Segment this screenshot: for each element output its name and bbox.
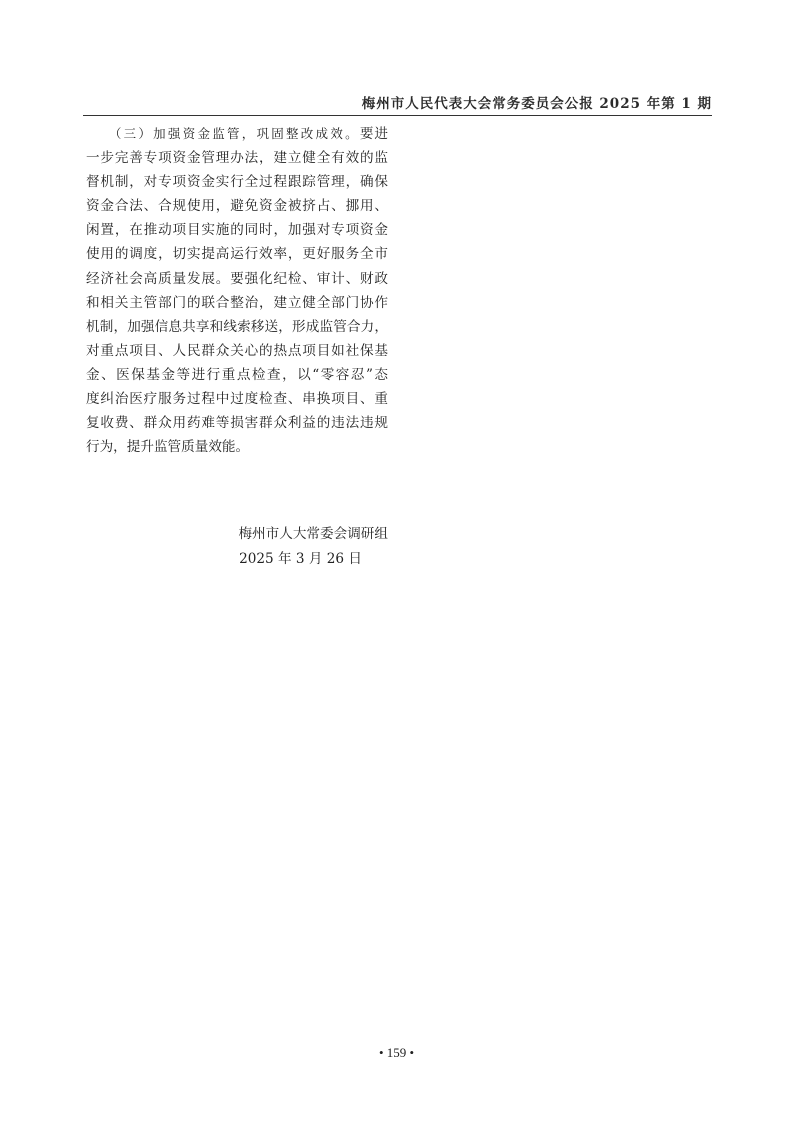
page-number: • 159 • [0, 1045, 793, 1061]
text-line: 度纠治医疗服务过程中过度检查、串换项目、重 [86, 387, 388, 411]
journal-title: 梅州市人民代表大会常务委员会公报 2025 年第 1 期 [362, 96, 712, 112]
body-text: （三）加强资金监管，巩固整改成效。要进 一步完善专项资金管理办法，建立健全有效的… [86, 122, 388, 459]
paragraph: （三）加强资金监管，巩固整改成效。要进 一步完善专项资金管理办法，建立健全有效的… [86, 122, 388, 459]
running-header: 梅州市人民代表大会常务委员会公报 2025 年第 1 期 [83, 92, 712, 114]
signature-organization: 梅州市人大常委会调研组 [86, 522, 388, 547]
header-rule [83, 115, 712, 116]
text-line: 经济社会高质量发展。要强化纪检、审计、财政 [86, 267, 388, 291]
text-line: 对重点项目、人民群众关心的热点项目如社保基 [86, 339, 388, 363]
text-line: 一步完善专项资金管理办法，建立健全有效的监 [86, 146, 388, 170]
text-line: 金、医保基金等进行重点检查，以“零容忍”态 [86, 363, 388, 387]
signature-block: 梅州市人大常委会调研组 2025 年 3 月 26 日 [86, 522, 388, 572]
text-line: （三）加强资金监管，巩固整改成效。要进 [86, 122, 388, 146]
text-line: 闲置，在推动项目实施的同时，加强对专项资金 [86, 218, 388, 242]
text-line: 行为，提升监管质量效能。 [86, 435, 388, 459]
signature-date: 2025 年 3 月 26 日 [86, 547, 388, 572]
text-line: 复收费、群众用药难等损害群众利益的违法违规 [86, 411, 388, 435]
text-line: 资金合法、合规使用，避免资金被挤占、挪用、 [86, 194, 388, 218]
text-line: 和相关主管部门的联合整治，建立健全部门协作 [86, 291, 388, 315]
section-heading: （三）加强资金监管，巩固整改成效。 [115, 126, 360, 141]
text-line: 使用的调度，切实提高运行效率，更好服务全市 [86, 242, 388, 266]
text-line: 督机制，对专项资金实行全过程跟踪管理，确保 [86, 170, 388, 194]
text-line: 机制，加强信息共享和线索移送，形成监管合力， [86, 315, 388, 339]
